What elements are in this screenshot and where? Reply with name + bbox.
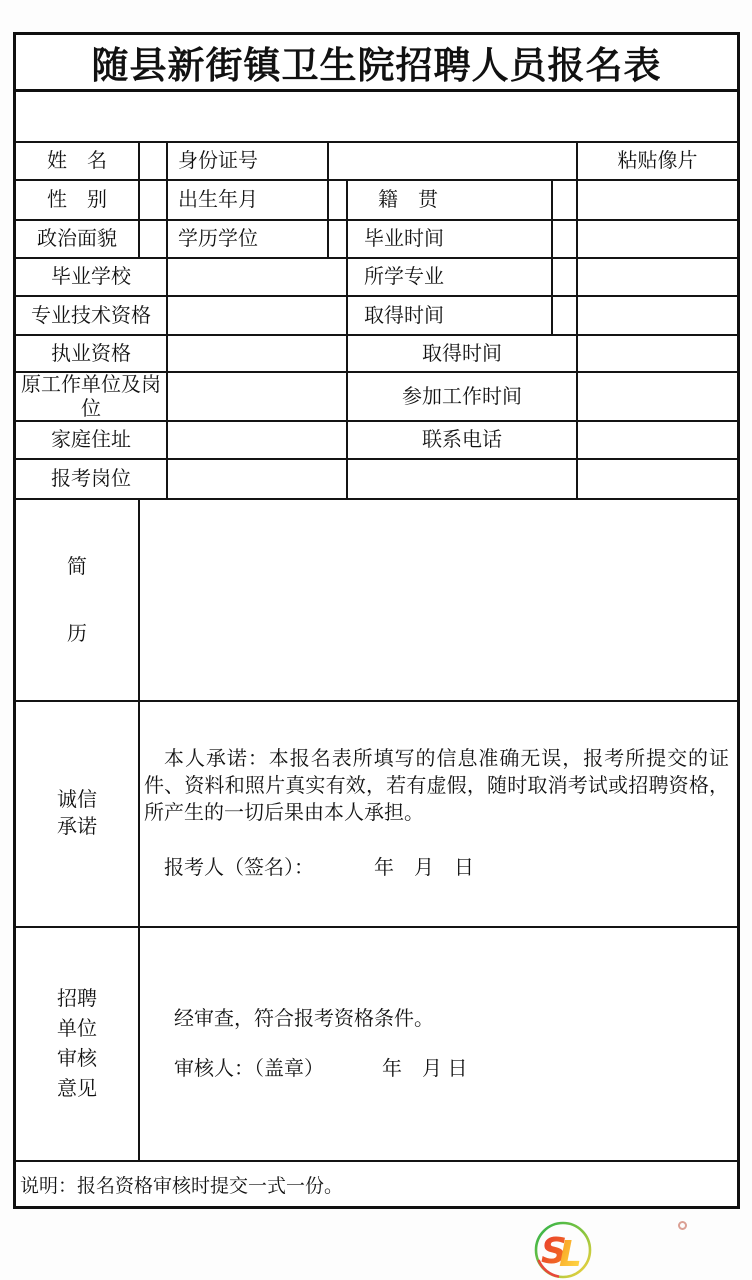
- birth-value-cell: [329, 181, 348, 219]
- resume-section: 简 历: [16, 500, 737, 702]
- right-value-cell: [578, 336, 737, 371]
- education-degree-label: 学历学位: [168, 221, 329, 257]
- photo-label: 粘贴像片: [578, 143, 737, 179]
- applicant-sign-date: 年 月 日: [374, 857, 474, 879]
- reviewer-sign-label: 审核人：（盖章）: [174, 1058, 324, 1080]
- review-body-text: 经审查，符合报考资格条件。: [174, 1006, 737, 1033]
- right-value-cell: [578, 297, 737, 334]
- right-value-cell: [578, 460, 737, 498]
- graduation-time-value-cell: [553, 221, 578, 257]
- practice-qualification-label: 执业资格: [16, 336, 168, 371]
- review-sign-line: 审核人：（盖章）年 月 日: [174, 1056, 737, 1083]
- home-address-label: 家庭住址: [16, 422, 168, 458]
- row-prof-qualification: 专业技术资格 取得时间: [16, 297, 737, 336]
- major-value-cell: [553, 259, 578, 295]
- row-gender: 性 别 出生年月 籍 贯: [16, 181, 737, 221]
- previous-work-value-cell: [168, 373, 348, 420]
- photo-area-cell: [578, 221, 737, 257]
- gender-value-cell: [140, 181, 168, 219]
- practice-qualification-value-cell: [168, 336, 348, 371]
- gender-label: 性 别: [16, 181, 140, 219]
- resume-content-cell: [140, 500, 737, 700]
- review-label: 招聘 单位 审核 意见: [16, 928, 140, 1160]
- graduation-time-label: 毕业时间: [348, 221, 553, 257]
- resume-label-char2: 历: [67, 624, 87, 644]
- applicant-sign-label: 报考人（签名）：: [164, 857, 314, 879]
- birth-label: 出生年月: [168, 181, 329, 219]
- applied-position-label: 报考岗位: [16, 460, 168, 498]
- logo-letter-l: L: [559, 1234, 582, 1275]
- blank-cell: [16, 92, 737, 141]
- contact-phone-label: 联系电话: [348, 422, 578, 458]
- name-value-cell: [140, 143, 168, 179]
- commitment-label-line1: 诚信: [57, 787, 97, 814]
- commitment-content-cell: 本人承诺：本报名表所填写的信息准确无误，报考所提交的证件、资料和照片真实有效，若…: [140, 702, 737, 926]
- title-row: 随县新街镇卫生院招聘人员报名表: [16, 35, 737, 92]
- commitment-section: 诚信 承诺 本人承诺：本报名表所填写的信息准确无误，报考所提交的证件、资料和照片…: [16, 702, 737, 928]
- right-value-cell: [578, 422, 737, 458]
- professional-qualification-label: 专业技术资格: [16, 297, 168, 334]
- graduation-school-label: 毕业学校: [16, 259, 168, 295]
- commitment-sign-line: 报考人（签名）：年 月 日: [164, 855, 737, 882]
- major-label: 所学专业: [348, 259, 553, 295]
- name-label: 姓 名: [16, 143, 140, 179]
- row-previous-work: 原工作单位及岗位 参加工作时间: [16, 373, 737, 422]
- graduation-school-value-cell: [168, 259, 348, 295]
- photo-area-cell: [578, 181, 737, 219]
- blank-row: [16, 92, 737, 143]
- review-label-line2: 单位: [57, 1014, 97, 1044]
- obtain-time-label: 取得时间: [348, 297, 553, 334]
- row-practice-qualification: 执业资格 取得时间: [16, 336, 737, 373]
- right-value-cell: [578, 373, 737, 420]
- row-home-address: 家庭住址 联系电话: [16, 422, 737, 460]
- commitment-body-text: 本人承诺：本报名表所填写的信息准确无误，报考所提交的证件、资料和照片真实有效，若…: [144, 746, 729, 827]
- native-place-label: 籍 贯: [348, 181, 553, 219]
- row-political: 政治面貌 学历学位 毕业时间: [16, 221, 737, 259]
- review-label-line1: 招聘: [57, 984, 97, 1014]
- practice-obtain-time-label: 取得时间: [348, 336, 578, 371]
- political-status-value-cell: [140, 221, 168, 257]
- row-applied-position: 报考岗位: [16, 460, 737, 500]
- page: { "form": { "title": "随县新街镇卫生院招聘人员报名表", …: [0, 0, 752, 1280]
- application-form-table: 随县新街镇卫生院招聘人员报名表 姓 名 身份证号 粘贴像片 性 别 出生年月 籍…: [13, 32, 740, 1209]
- right-value-cell: [578, 259, 737, 295]
- form-title: 随县新街镇卫生院招聘人员报名表: [16, 35, 737, 89]
- reviewer-sign-date: 年 月 日: [382, 1058, 468, 1080]
- note-text: 说明：报名资格审核时提交一式一份。: [16, 1162, 737, 1206]
- commitment-label-line2: 承诺: [57, 814, 97, 841]
- previous-work-label-text: 原工作单位及岗位: [16, 373, 166, 420]
- review-label-line3: 审核: [57, 1044, 97, 1074]
- applied-position-value-cell: [168, 460, 348, 498]
- home-address-value-cell: [168, 422, 348, 458]
- work-start-time-label: 参加工作时间: [348, 373, 578, 420]
- id-number-label: 身份证号: [168, 143, 329, 179]
- row-name: 姓 名 身份证号 粘贴像片: [16, 143, 737, 181]
- professional-qualification-value-cell: [168, 297, 348, 334]
- review-section: 招聘 单位 审核 意见 经审查，符合报考资格条件。 审核人：（盖章）年 月 日: [16, 928, 737, 1162]
- political-status-label: 政治面貌: [16, 221, 140, 257]
- middle-empty-cell: [348, 460, 578, 498]
- native-place-value-cell: [553, 181, 578, 219]
- resume-label-char1: 简: [67, 557, 87, 577]
- previous-work-label: 原工作单位及岗位: [16, 373, 168, 420]
- obtain-time-value-cell: [553, 297, 578, 334]
- resume-label: 简 历: [16, 500, 140, 700]
- small-circle-mark: [678, 1221, 687, 1230]
- note-row: 说明：报名资格审核时提交一式一份。: [16, 1162, 737, 1206]
- commitment-label: 诚信 承诺: [16, 702, 140, 926]
- review-content-cell: 经审查，符合报考资格条件。 审核人：（盖章）年 月 日: [140, 928, 737, 1160]
- sl-logo-graphic: S L: [531, 1220, 595, 1280]
- education-degree-value-cell: [329, 221, 348, 257]
- id-number-value-cell: [329, 143, 578, 179]
- review-label-line4: 意见: [57, 1074, 97, 1104]
- sl-watermark-logo: S L: [531, 1220, 595, 1280]
- row-school: 毕业学校 所学专业: [16, 259, 737, 297]
